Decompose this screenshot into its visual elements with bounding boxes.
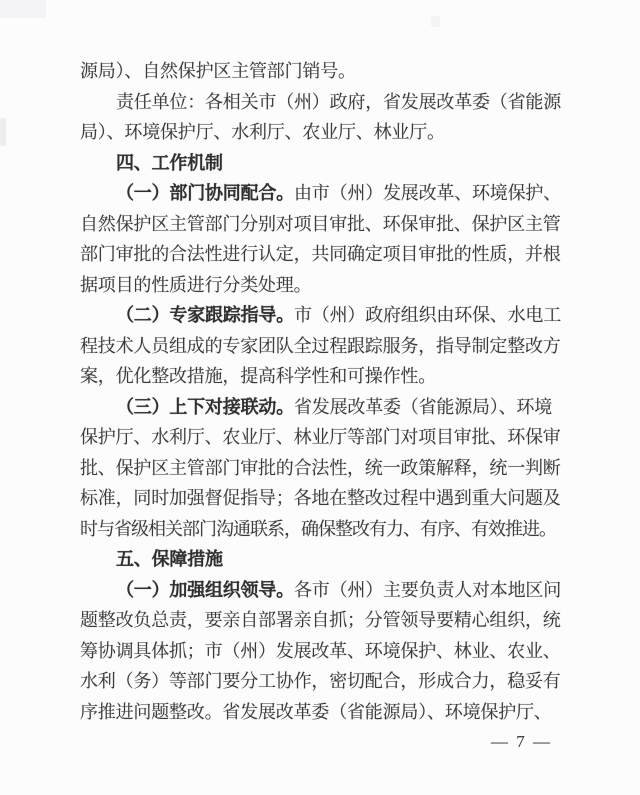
line-regular-segment: 自然保护区主管部门分别对项目审批、环保审批、保护区主管: [80, 214, 561, 234]
text-line: 四、工作机制: [80, 148, 564, 179]
line-regular-segment: 筹协调具体抓；市（州）发展改革、环境保护、林业、农业、: [80, 641, 561, 661]
line-bold-segment: 四、工作机制: [116, 153, 223, 173]
line-regular-segment: 水利（务）等部门要分工协作，密切配合，形成合力，稳妥有: [80, 671, 561, 691]
text-line: 局）、环境保护厅、水利厅、农业厅、林业厅。: [80, 117, 564, 148]
text-line: 筹协调具体抓；市（州）发展改革、环境保护、林业、农业、: [80, 636, 564, 667]
text-line: 自然保护区主管部门分别对项目审批、环保审批、保护区主管: [80, 209, 564, 240]
line-regular-segment: 据项目的性质进行分类处理。: [80, 275, 311, 295]
text-line: 五、保障措施: [80, 544, 564, 575]
line-regular-segment: 时与省级相关部门沟通联系，确保整改有力、有序、有效推进。: [80, 519, 556, 539]
line-regular-segment: 市（州）政府组织由环保、水电工: [294, 305, 561, 325]
text-line: （二）专家跟踪指导。市（州）政府组织由环保、水电工: [80, 300, 564, 331]
line-bold-segment: 五、保障措施: [116, 549, 223, 569]
line-regular-segment: 题整改负总责，要亲自部署亲自抓；分管领导要精心组织，统: [80, 610, 561, 630]
line-regular-segment: 保护厅、水利厅、农业厅、林业厅等部门对项目审批、环保审: [80, 427, 561, 447]
scan-edge-artifact: [0, 118, 6, 146]
scan-corner-artifact: [0, 0, 46, 18]
line-regular-segment: 各市（州）主要负责人对本地区问: [294, 580, 561, 600]
line-regular-segment: 案，优化整改措施，提高科学性和可操作性。: [80, 366, 436, 386]
page-number: — 7 —: [491, 732, 552, 752]
line-regular-segment: 程技术人员组成的专家团队全过程跟踪服务，指导制定整改方: [80, 336, 561, 356]
text-line: 时与省级相关部门沟通联系，确保整改有力、有序、有效推进。: [80, 514, 564, 545]
line-bold-segment: （三）上下对接联动。: [116, 397, 294, 417]
document-page: 源局）、自然保护区主管部门销号。责任单位：各相关市（州）政府，省发展改革委（省能…: [0, 0, 640, 795]
text-line: 序推进问题整改。省发展改革委（省能源局）、环境保护厅、: [80, 697, 564, 728]
scan-smudge-artifact: [431, 16, 440, 27]
text-line: 保护厅、水利厅、农业厅、林业厅等部门对项目审批、环保审: [80, 422, 564, 453]
text-line: 案，优化整改措施，提高科学性和可操作性。: [80, 361, 564, 392]
line-bold-segment: （二）专家跟踪指导。: [116, 305, 294, 325]
text-block: 源局）、自然保护区主管部门销号。责任单位：各相关市（州）政府，省发展改革委（省能…: [80, 56, 564, 727]
line-regular-segment: 责任单位：各相关市（州）政府，省发展改革委（省能源: [116, 92, 561, 112]
text-line: （一）加强组织领导。各市（州）主要负责人对本地区问: [80, 575, 564, 606]
text-line: 程技术人员组成的专家团队全过程跟踪服务，指导制定整改方: [80, 331, 564, 362]
text-line: 据项目的性质进行分类处理。: [80, 270, 564, 301]
text-line: 题整改负总责，要亲自部署亲自抓；分管领导要精心组织，统: [80, 605, 564, 636]
text-line: 标准，同时加强督促指导；各地在整改过程中遇到重大问题及: [80, 483, 564, 514]
line-regular-segment: 源局）、自然保护区主管部门销号。: [80, 61, 356, 81]
text-line: （三）上下对接联动。省发展改革委（省能源局）、环境: [80, 392, 564, 423]
line-regular-segment: 部门审批的合法性进行认定，共同确定项目审批的性质，并根: [80, 244, 561, 264]
text-line: 源局）、自然保护区主管部门销号。: [80, 56, 564, 87]
text-line: 水利（务）等部门要分工协作，密切配合，形成合力，稳妥有: [80, 666, 564, 697]
text-line: 责任单位：各相关市（州）政府，省发展改革委（省能源: [80, 87, 564, 118]
line-regular-segment: 序推进问题整改。省发展改革委（省能源局）、环境保护厅、: [80, 702, 552, 722]
line-regular-segment: 标准，同时加强督促指导；各地在整改过程中遇到重大问题及: [80, 488, 561, 508]
line-regular-segment: 省发展改革委（省能源局）、环境: [294, 397, 552, 417]
text-line: 批、保护区主管部门审批的合法性，统一政策解释，统一判断: [80, 453, 564, 484]
line-bold-segment: （一）加强组织领导。: [116, 580, 294, 600]
line-regular-segment: 批、保护区主管部门审批的合法性，统一政策解释，统一判断: [80, 458, 561, 478]
text-line: 部门审批的合法性进行认定，共同确定项目审批的性质，并根: [80, 239, 564, 270]
line-regular-segment: 局）、环境保护厅、水利厅、农业厅、林业厅。: [80, 122, 445, 142]
line-regular-segment: 由市（州）发展改革、环境保护、: [294, 183, 561, 203]
line-bold-segment: （一）部门协同配合。: [116, 183, 294, 203]
text-line: （一）部门协同配合。由市（州）发展改革、环境保护、: [80, 178, 564, 209]
